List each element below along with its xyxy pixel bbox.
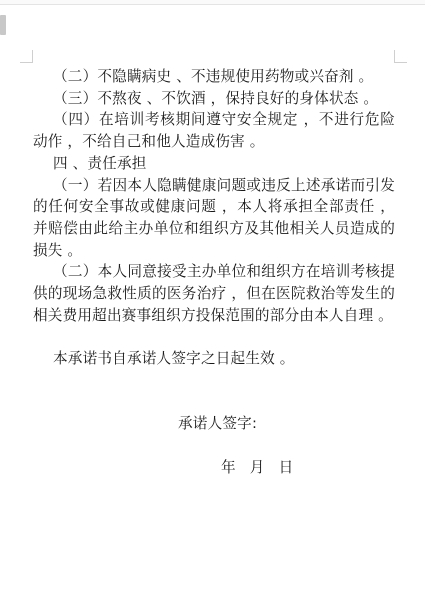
page-margin-corner-top-right-icon (394, 50, 407, 63)
page-margin-corner-top-left-icon (20, 50, 33, 63)
paragraph-no-late-nights: （三）不熬夜 、不饮酒 ，保持良好的身体状态 。 (33, 88, 395, 110)
paragraph-liability-two: （二）本人同意接受主办单位和组织方在培训考核提供的现场急救性质的医务治疗 ，但在… (33, 261, 395, 326)
date-line: 年月日 (33, 457, 395, 479)
date-day-label: 日 (279, 457, 294, 479)
section-heading-liability: 四 、责任承担 (33, 153, 395, 175)
window-top-edge (0, 0, 425, 5)
effective-statement: 本承诺书自承诺人签字之日起生效 。 (33, 348, 395, 370)
signature-label: 承诺人签字: (33, 413, 395, 435)
scrollbar-thumb[interactable] (0, 15, 6, 35)
paragraph-liability-one: （一）若因本人隐瞒健康问题或违反上述承诺而引发的任何安全事故或健康问题 ，本人将… (33, 175, 395, 262)
date-year-label: 年 (221, 457, 236, 479)
date-month-label: 月 (250, 457, 265, 479)
document-page: （二）不隐瞒病史 、不违规使用药物或兴奋剂 。 （三）不熬夜 、不饮酒 ，保持良… (33, 66, 395, 479)
paragraph-no-concealment: （二）不隐瞒病史 、不违规使用药物或兴奋剂 。 (33, 66, 395, 88)
paragraph-safety-rules: （四）在培训考核期间遵守安全规定 ，不进行危险动作 ，不给自己和他人造成伤害 。 (33, 109, 395, 152)
